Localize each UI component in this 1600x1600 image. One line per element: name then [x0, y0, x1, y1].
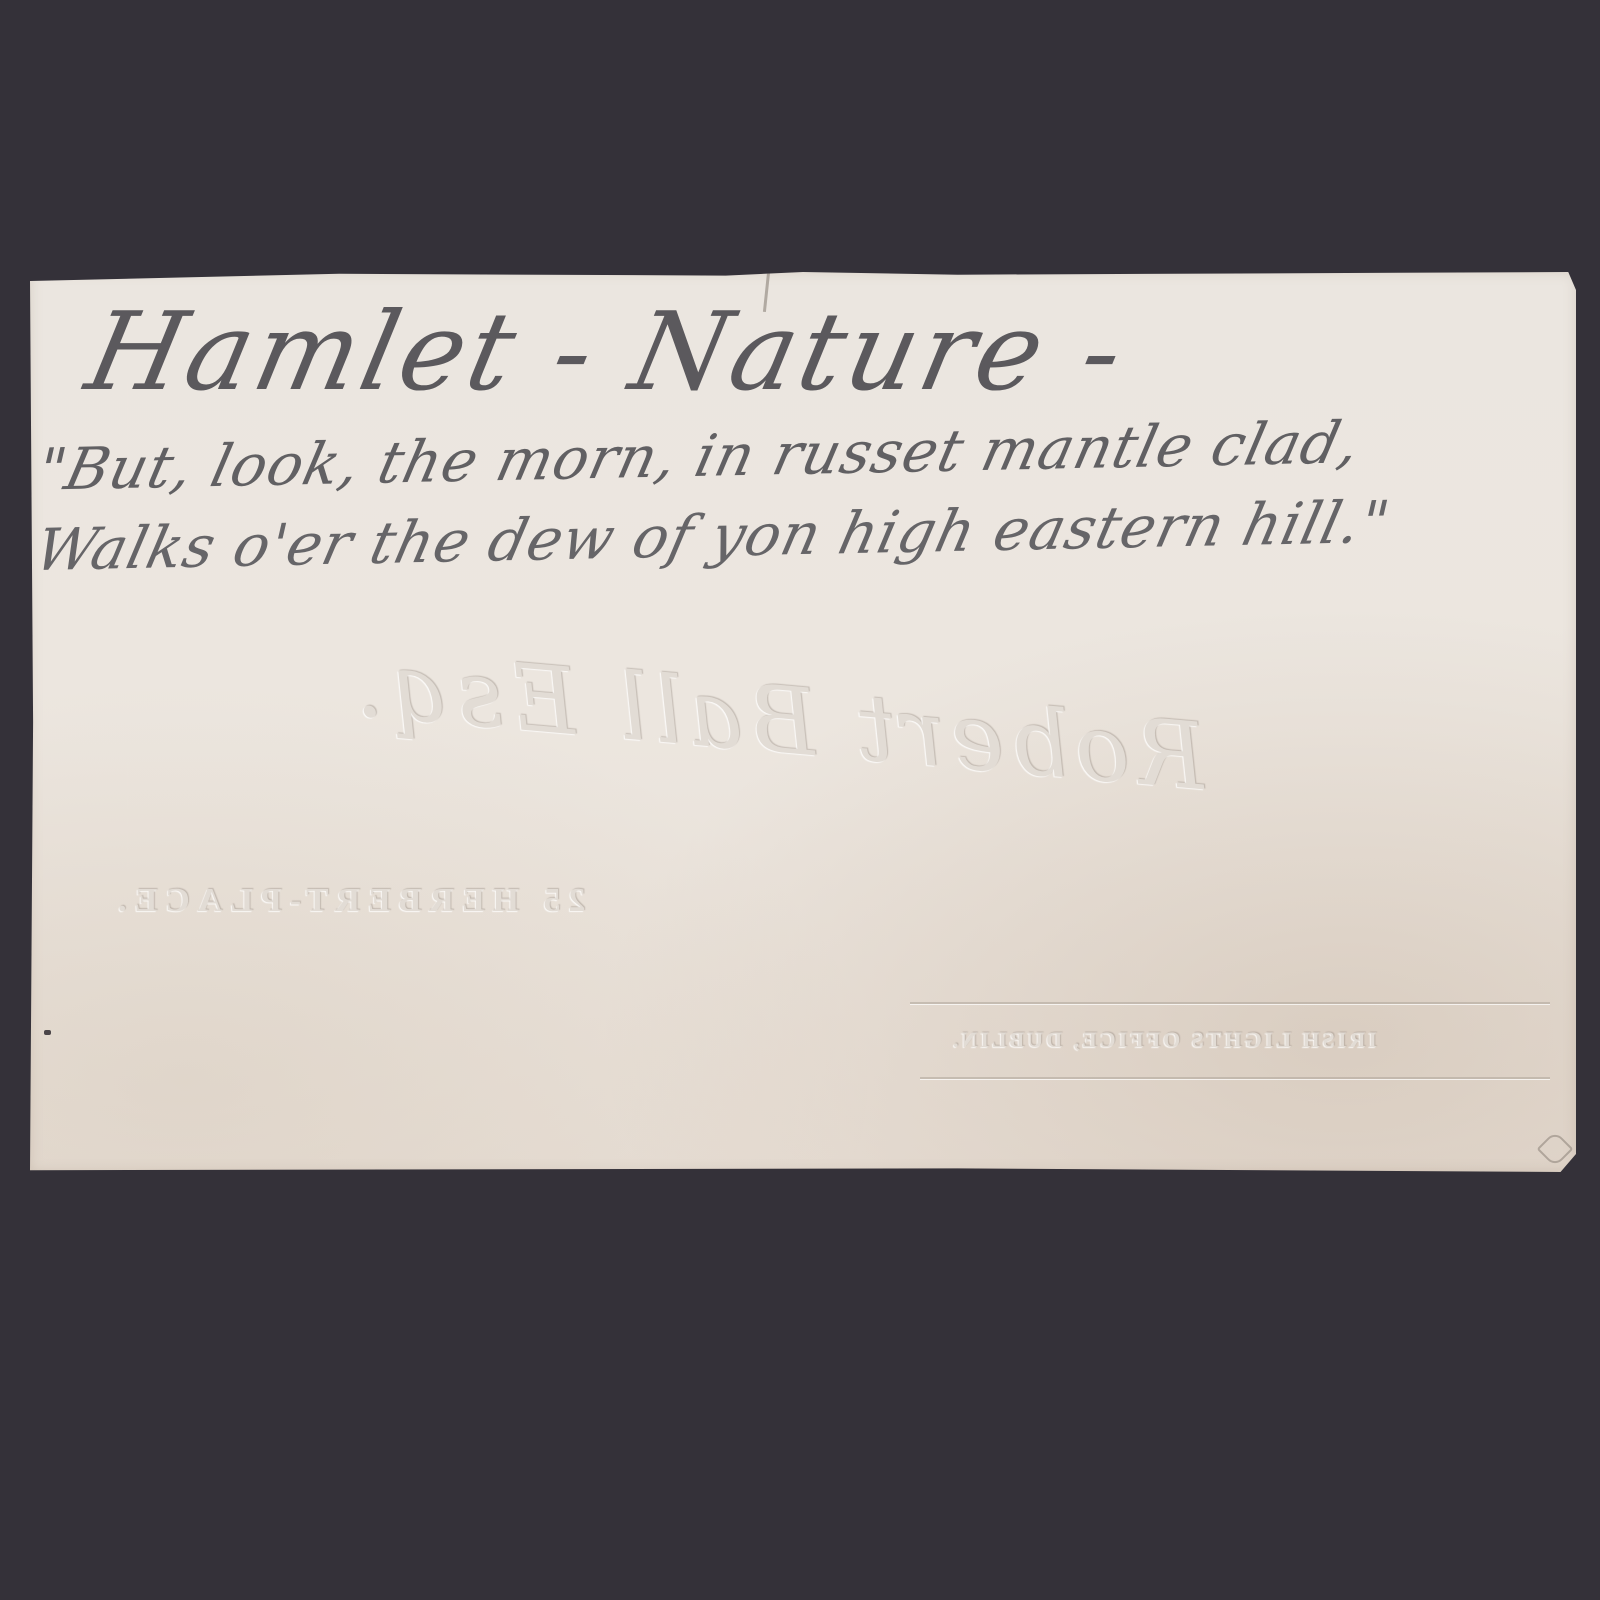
embossed-address: 25 HERBERT-PLACE.: [110, 882, 586, 920]
envelope: Hamlet - Nature - "But, look, the morn, …: [30, 272, 1576, 1172]
embossed-office: IRISH LIGHTS OFFICE, DUBLIN.: [950, 1027, 1377, 1053]
handwritten-quote-line-2: Walks o'er the dew of yon high eastern h…: [29, 488, 1397, 584]
folded-corner: [1537, 1131, 1574, 1168]
ink-speck: [44, 1030, 51, 1035]
embossed-rule-top: [910, 1002, 1550, 1004]
handwritten-title: Hamlet - Nature -: [77, 290, 1138, 415]
handwritten-quote-line-1: "But, look, the morn, in russet mantle c…: [31, 408, 1367, 504]
embossed-name: Robert Ball Esq.: [347, 630, 1210, 811]
embossed-rule-bottom: [920, 1077, 1550, 1079]
photo-stage: Hamlet - Nature - "But, look, the morn, …: [0, 0, 1600, 1600]
